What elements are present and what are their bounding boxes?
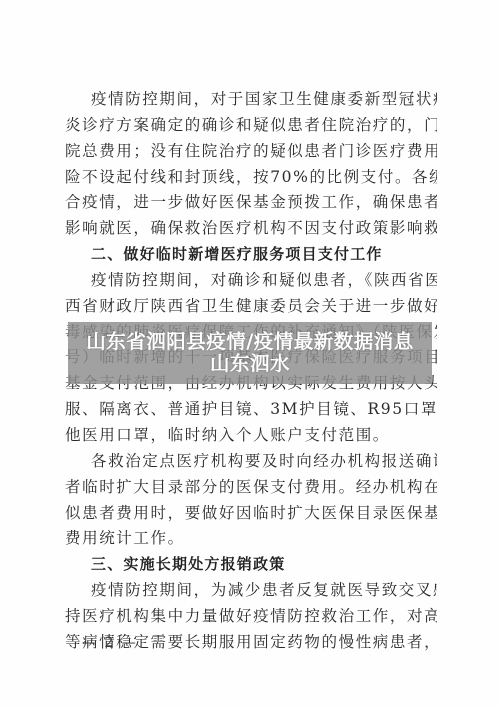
document-line: 院总费用；没有住院治疗的疑似患者门诊医疗费用，基本医疗保 <box>65 139 437 165</box>
page-number: — 2 — <box>82 635 138 651</box>
document-line: 各救治定点医疗机构要及时向经办机构报送确诊和疑似患 <box>65 449 437 475</box>
document-line: 影响就医，确保救治医疗机构不因支付政策影响救治。 <box>65 216 437 242</box>
document-line: 险不设起付线和封顶线，按70%的比例支付。各级医保部门要结 <box>65 165 437 191</box>
document-line: 西省财政厅陕西省卫生健康委员会关于进一步做好新型冠状病 <box>65 294 437 320</box>
document-line: 炎诊疗方案确定的确诊和疑似患者住院治疗的，门诊费用纳入住 <box>65 113 437 139</box>
document-page: 疫情防控期间，对于国家卫生健康委新型冠状病毒感染的肺炎诊疗方案确定的确诊和疑似患… <box>0 0 500 707</box>
document-line: 疫情防控期间，为减少患者反复就医导致交叉感染风险，支 <box>65 578 437 604</box>
document-line: 他医用口罩，临时纳入个人账户支付范围。 <box>65 423 437 449</box>
document-line: 服、隔离衣、普通护目镜、3M护目镜、R95口罩、N95口罩和其 <box>65 397 437 423</box>
section-heading: 二、做好临时新增医疗服务项目支付工作 <box>65 242 437 268</box>
article-title: 山东省泗阳县疫情/疫情最新数据消息山东泗水 <box>85 331 415 375</box>
document-line: 者临时扩大目录部分的医保支付费用。经办机构在结算确诊和疑 <box>65 475 437 501</box>
document-line: 持医疗机构集中力量做好疫情防控救治工作，对高血压、糖尿病 <box>65 604 437 630</box>
title-overlay-banner: 山东省泗阳县疫情/疫情最新数据消息山东泗水 <box>68 322 432 384</box>
document-line: 疫情防控期间，对于国家卫生健康委新型冠状病毒感染的肺 <box>65 87 437 113</box>
section-heading: 三、实施长期处方报销政策 <box>65 552 437 578</box>
document-line: 费用统计工作。 <box>65 526 437 552</box>
document-line: 似患者费用时，要做好因临时扩大医保目录医保基金新增支出的 <box>65 501 437 527</box>
document-line: 疫情防控期间，对确诊和疑似患者，《陕西省医疗保障局陕 <box>65 268 437 294</box>
document-line: 合疫情，进一步做好医保基金预拨工作，确保患者不因费用问题 <box>65 190 437 216</box>
